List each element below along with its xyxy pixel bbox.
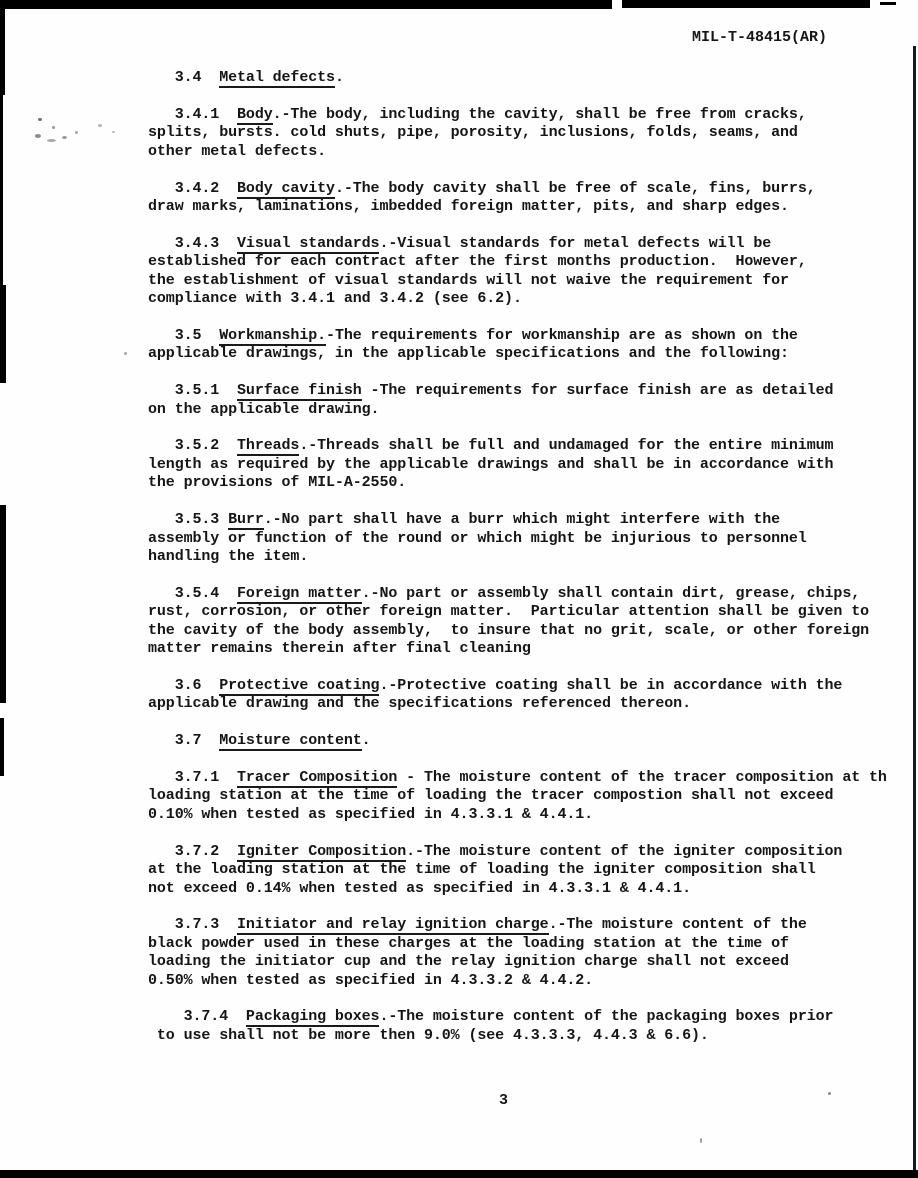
scan-smudge (75, 131, 78, 134)
scan-artifact (622, 0, 870, 8)
paragraph-line: draw marks, laminations, imbedded foreig… (148, 198, 918, 216)
paragraph-3.4.1: 3.4.1 Body.-The body, including the cavi… (148, 106, 918, 161)
section-text: .-Visual standards for metal defects wil… (379, 235, 771, 252)
paragraph-3.5: 3.5 Workmanship.-The requirements for wo… (148, 327, 918, 364)
paragraph-first-line: 3.4.1 Body.-The body, including the cavi… (148, 106, 918, 124)
section-title: Metal defects (219, 69, 335, 88)
section-number: 3.5.2 (148, 437, 237, 454)
scan-artifact (0, 718, 4, 776)
paragraph-line: black powder used in these charges at th… (148, 935, 918, 953)
scan-smudge (35, 134, 41, 138)
paragraph-3.6: 3.6 Protective coating.-Protective coati… (148, 677, 918, 714)
paragraph-3.4: 3.4 Metal defects. (148, 69, 918, 87)
section-text: .-No part or assembly shall contain dirt… (362, 585, 860, 602)
section-number: 3.5.1 (148, 382, 237, 399)
scan-smudge (38, 118, 42, 121)
paragraph-line: at the loading station at the time of lo… (148, 861, 918, 879)
section-title: Moisture content (219, 732, 361, 751)
paragraph-line: the provisions of MIL-A-2550. (148, 474, 918, 492)
paragraph-line: established for each contract after the … (148, 253, 918, 271)
paragraph-3.7.1: 3.7.1 Tracer Composition - The moisture … (148, 769, 918, 824)
scan-smudge (98, 124, 102, 127)
section-text: .-The moisture content of the packaging … (379, 1008, 833, 1025)
section-title: Workmanship. (219, 327, 326, 346)
paragraph-line: loading station at the time of loading t… (148, 787, 918, 805)
paragraph-first-line: 3.4 Metal defects. (148, 69, 918, 87)
section-number: 3.5.3 (148, 511, 228, 528)
paragraph-first-line: 3.6 Protective coating.-Protective coati… (148, 677, 918, 695)
paragraph-line: assembly or function of the round or whi… (148, 530, 918, 548)
paragraph-line: the cavity of the body assembly, to insu… (148, 622, 918, 640)
page-number: 3 (499, 1092, 508, 1109)
document-number: MIL-T-48415(AR) (692, 29, 827, 46)
paragraph-3.5.1: 3.5.1 Surface finish -The requirements f… (148, 382, 918, 419)
section-text: .-The body, including the cavity, shall … (273, 106, 807, 123)
section-title: Protective coating (219, 677, 379, 696)
paragraph-first-line: 3.5.1 Surface finish -The requirements f… (148, 382, 918, 400)
section-number: 3.5 (148, 327, 219, 344)
paragraph-line: rust, corrosion, or other foreign matter… (148, 603, 918, 621)
scan-smudge (112, 131, 115, 133)
paragraph-line: length as required by the applicable dra… (148, 456, 918, 474)
scan-speck (828, 1092, 831, 1095)
scan-artifact (0, 95, 3, 285)
scan-artifact (0, 285, 6, 383)
section-number: 3.7.4 (148, 1008, 246, 1025)
section-number: 3.7.2 (148, 843, 237, 860)
paragraph-first-line: 3.5.4 Foreign matter.-No part or assembl… (148, 585, 918, 603)
paragraph-line: other metal defects. (148, 143, 918, 161)
paragraph-first-line: 3.7.2 Igniter Composition.-The moisture … (148, 843, 918, 861)
scan-smudge (52, 126, 55, 129)
section-title: Tracer Composition (237, 769, 397, 788)
scan-artifact (0, 0, 612, 9)
paragraph-3.4.3: 3.4.3 Visual standards.-Visual standards… (148, 235, 918, 309)
paragraph-3.7.4: 3.7.4 Packaging boxes.-The moisture cont… (148, 1008, 918, 1045)
section-text: . (362, 732, 371, 749)
paragraph-line: 0.10% when tested as specified in 4.3.3.… (148, 806, 918, 824)
paragraph-line: applicable drawing and the specification… (148, 695, 918, 713)
section-text: -The requirements for workmanship are as… (326, 327, 798, 344)
section-number: 3.6 (148, 677, 219, 694)
section-number: 3.4 (148, 69, 219, 86)
scan-artifact (0, 0, 5, 95)
section-title: Burr (228, 511, 264, 530)
paragraph-line: compliance with 3.4.1 and 3.4.2 (see 6.2… (148, 290, 918, 308)
section-text: .-Threads shall be full and undamaged fo… (299, 437, 833, 454)
section-text: - The moisture content of the tracer com… (397, 769, 887, 786)
section-title: Threads (237, 437, 299, 456)
scan-speck (124, 352, 127, 355)
paragraph-line: loading the initiator cup and the relay … (148, 953, 918, 971)
section-number: 3.7 (148, 732, 219, 749)
scan-artifact (0, 1170, 918, 1178)
document-body: 3.4 Metal defects. 3.4.1 Body.-The body,… (148, 69, 918, 1064)
paragraph-first-line: 3.5.2 Threads.-Threads shall be full and… (148, 437, 918, 455)
paragraph-first-line: 3.7.3 Initiator and relay ignition charg… (148, 916, 918, 934)
section-title: Visual standards (237, 235, 379, 254)
paragraph-line: on the applicable drawing. (148, 401, 918, 419)
section-number: 3.7.1 (148, 769, 237, 786)
section-text: .-The body cavity shall be free of scale… (335, 180, 816, 197)
section-title: Igniter Composition (237, 843, 406, 862)
section-title: Surface finish (237, 382, 362, 401)
paragraph-first-line: 3.7.1 Tracer Composition - The moisture … (148, 769, 918, 787)
paragraph-3.4.2: 3.4.2 Body cavity.-The body cavity shall… (148, 180, 918, 217)
paragraph-first-line: 3.4.3 Visual standards.-Visual standards… (148, 235, 918, 253)
paragraph-3.5.4: 3.5.4 Foreign matter.-No part or assembl… (148, 585, 918, 659)
paragraph-first-line: 3.4.2 Body cavity.-The body cavity shall… (148, 180, 918, 198)
section-title: Body (237, 106, 273, 125)
paragraph-line: the establishment of visual standards wi… (148, 272, 918, 290)
paragraph-first-line: 3.7 Moisture content. (148, 732, 918, 750)
scan-speck (700, 1138, 702, 1143)
section-text: .-The moisture content of the igniter co… (406, 843, 842, 860)
section-text: .-Protective coating shall be in accorda… (379, 677, 842, 694)
section-number: 3.4.2 (148, 180, 237, 197)
scan-artifact (0, 505, 6, 703)
section-number: 3.4.3 (148, 235, 237, 252)
paragraph-line: applicable drawings, in the applicable s… (148, 345, 918, 363)
scan-smudge (47, 139, 56, 142)
paragraph-line: matter remains therein after final clean… (148, 640, 918, 658)
paragraph-line: to use shall not be more then 9.0% (see … (148, 1027, 918, 1045)
paragraph-line: 0.50% when tested as specified in 4.3.3.… (148, 972, 918, 990)
section-number: 3.5.4 (148, 585, 237, 602)
paragraph-3.7.3: 3.7.3 Initiator and relay ignition charg… (148, 916, 918, 990)
section-text: -The requirements for surface finish are… (362, 382, 834, 399)
section-title: Packaging boxes (246, 1008, 380, 1027)
section-title: Initiator and relay ignition charge (237, 916, 549, 935)
paragraph-first-line: 3.5 Workmanship.-The requirements for wo… (148, 327, 918, 345)
section-title: Body cavity (237, 180, 335, 199)
paragraph-line: not exceed 0.14% when tested as specifie… (148, 880, 918, 898)
paragraph-first-line: 3.5.3 Burr.-No part shall have a burr wh… (148, 511, 918, 529)
paragraph-3.5.3: 3.5.3 Burr.-No part shall have a burr wh… (148, 511, 918, 566)
scan-artifact (880, 2, 896, 5)
scan-smudge (62, 136, 67, 139)
section-number: 3.4.1 (148, 106, 237, 123)
section-text: .-The moisture content of the (549, 916, 807, 933)
section-text: .-No part shall have a burr which might … (264, 511, 780, 528)
paragraph-first-line: 3.7.4 Packaging boxes.-The moisture cont… (148, 1008, 918, 1026)
paragraph-3.7.2: 3.7.2 Igniter Composition.-The moisture … (148, 843, 918, 898)
paragraph-line: splits, bursts. cold shuts, pipe, porosi… (148, 124, 918, 142)
section-number: 3.7.3 (148, 916, 237, 933)
paragraph-line: handling the item. (148, 548, 918, 566)
paragraph-3.5.2: 3.5.2 Threads.-Threads shall be full and… (148, 437, 918, 492)
paragraph-3.7: 3.7 Moisture content. (148, 732, 918, 750)
scanned-document-page: MIL-T-48415(AR) 3.4 Metal defects. 3.4.1… (0, 0, 918, 1178)
section-text: . (335, 69, 344, 86)
section-title: Foreign matter (237, 585, 362, 604)
